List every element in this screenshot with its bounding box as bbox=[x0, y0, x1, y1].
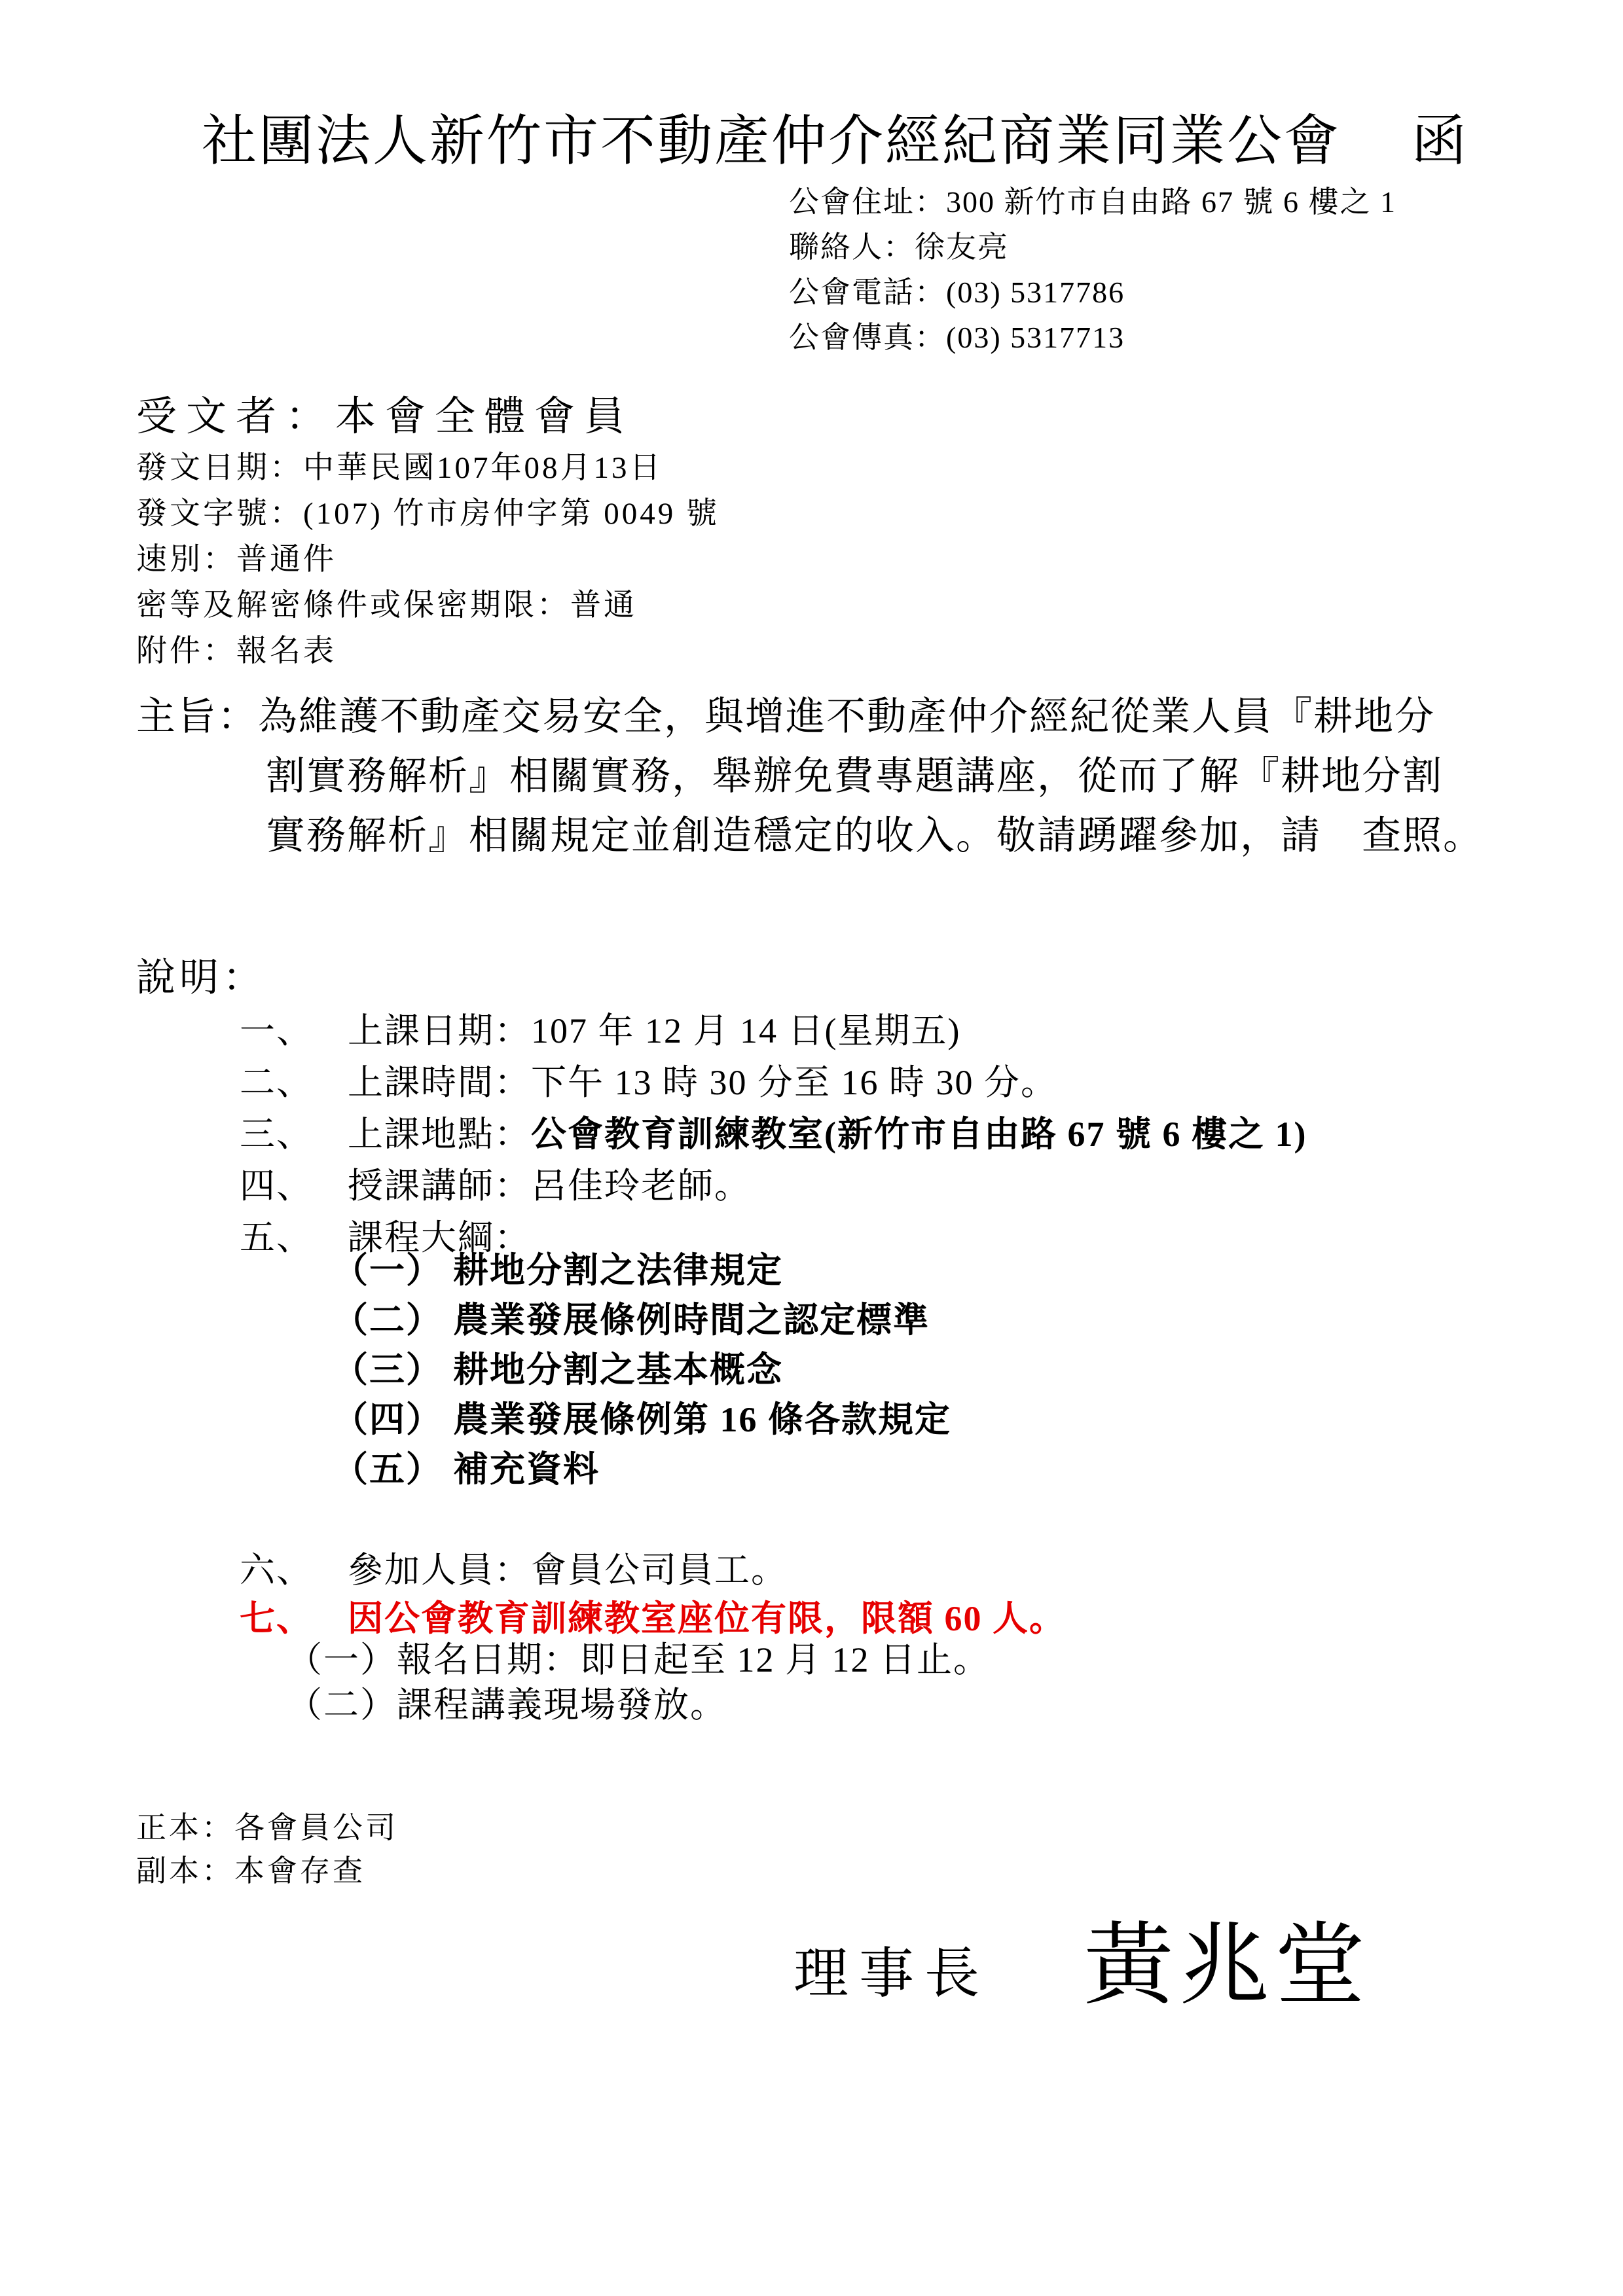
original-copy-line: 正本：各會員公司 bbox=[136, 1806, 398, 1850]
contact-address: 公會住址：300 新竹市自由路 67 號 6 樓之 1 bbox=[789, 179, 1396, 224]
chairman-name: 黃兆堂 bbox=[1084, 1893, 1370, 2022]
outline-label: （四） bbox=[333, 1400, 443, 1439]
recipient-line: 受文者：本會全體會員 bbox=[136, 384, 634, 442]
item-text-red: 因公會教育訓練教室座位有限，限額 60 人。 bbox=[348, 1599, 1066, 1638]
official-letter-page: 社團法人新竹市不動產仲介經紀商業同業公會函 公會住址：300 新竹市自由路 67… bbox=[0, 0, 1623, 2296]
subject-label: 主旨： bbox=[136, 695, 258, 738]
item-text: 上課日期：107 年 12 月 14 日(星期五) bbox=[348, 1011, 960, 1050]
item-text: 上課時間：下午 13 時 30 分至 16 時 30 分。 bbox=[348, 1063, 1057, 1102]
sub-item-2: （二）課程講義現場發放。 bbox=[287, 1683, 990, 1728]
list-item-1: 一、上課日期：107 年 12 月 14 日(星期五) bbox=[240, 1005, 1307, 1057]
outline-item-3: （三）耕地分割之基本概念 bbox=[333, 1345, 951, 1395]
outline-text: 耕地分割之基本概念 bbox=[453, 1350, 783, 1390]
document-type: 函 bbox=[1412, 111, 1468, 172]
item-number: 一、 bbox=[240, 1005, 348, 1057]
meta-block: 發文日期：中華民國107年08月13日 發文字號：(107) 竹市房仲字第 00… bbox=[136, 445, 720, 674]
list-item-4: 四、授課講師：呂佳玲老師。 bbox=[240, 1160, 1307, 1212]
distribution-block: 正本：各會員公司 副本：本會存查 bbox=[136, 1806, 398, 1893]
item-number: 五、 bbox=[240, 1212, 348, 1264]
duplicate-copy-line: 副本：本會存查 bbox=[136, 1850, 398, 1893]
outline-item-2: （二）農業發展條例時間之認定標準 bbox=[333, 1295, 951, 1345]
item-number: 三、 bbox=[240, 1109, 348, 1160]
explanation-list: 一、上課日期：107 年 12 月 14 日(星期五) 二、上課時間：下午 13… bbox=[240, 1005, 1307, 1264]
list-item-2: 二、上課時間：下午 13 時 30 分至 16 時 30 分。 bbox=[240, 1057, 1307, 1109]
item-text-bold: 公會教育訓練教室(新竹市自由路 67 號 6 樓之 1) bbox=[531, 1115, 1307, 1154]
subject-line-2: 割實務解析』相關實務，舉辦免費專題講座，從而了解『耕地分割 bbox=[136, 747, 1484, 806]
subject-line-1: 主旨：為維護不動產交易安全，與增進不動產仲介經紀從業人員『耕地分 bbox=[136, 687, 1484, 747]
outline-item-4: （四）農業發展條例第 16 條各款規定 bbox=[333, 1395, 951, 1444]
outline-item-5: （五）補充資料 bbox=[333, 1444, 951, 1494]
outline-label: （二） bbox=[333, 1300, 443, 1340]
contact-person: 聯絡人：徐友亮 bbox=[789, 224, 1396, 270]
contact-block: 公會住址：300 新竹市自由路 67 號 6 樓之 1 聯絡人：徐友亮 公會電話… bbox=[789, 179, 1396, 360]
outline-label: （三） bbox=[333, 1350, 443, 1390]
sub-item-1: （一）報名日期：即日起至 12 月 12 日止。 bbox=[287, 1638, 990, 1683]
outline-text: 補充資料 bbox=[453, 1450, 600, 1489]
item-text: 授課講師：呂佳玲老師。 bbox=[348, 1166, 751, 1206]
explanation-heading: 說明： bbox=[136, 946, 266, 1003]
outline-text: 耕地分割之法律規定 bbox=[453, 1251, 783, 1290]
item-number: 七、 bbox=[240, 1590, 348, 1641]
list-item-7-highlight: 七、因公會教育訓練教室座位有限，限額 60 人。 bbox=[240, 1590, 1066, 1641]
association-name: 社團法人新竹市不動產仲介經紀商業同業公會 bbox=[202, 111, 1341, 172]
list-item-6: 六、參加人員：會員公司員工。 bbox=[240, 1542, 788, 1592]
speed-class: 速別：普通件 bbox=[136, 537, 720, 583]
security-class: 密等及解密條件或保密期限：普通 bbox=[136, 583, 720, 628]
outline-item-1: （一）耕地分割之法律規定 bbox=[333, 1246, 951, 1295]
item-text-prefix: 上課地點： bbox=[348, 1115, 531, 1154]
reference-number: 發文字號：(107) 竹市房仲字第 0049 號 bbox=[136, 491, 720, 537]
list-item-3: 三、上課地點：公會教育訓練教室(新竹市自由路 67 號 6 樓之 1) bbox=[240, 1109, 1307, 1160]
outline-text: 農業發展條例時間之認定標準 bbox=[453, 1300, 930, 1340]
subject-block: 主旨：為維護不動產交易安全，與增進不動產仲介經紀從業人員『耕地分 割實務解析』相… bbox=[136, 687, 1484, 866]
course-outline-list: （一）耕地分割之法律規定 （二）農業發展條例時間之認定標準 （三）耕地分割之基本… bbox=[333, 1246, 951, 1494]
item-number: 六、 bbox=[240, 1542, 348, 1592]
outline-text: 農業發展條例第 16 條各款規定 bbox=[453, 1400, 951, 1439]
outline-label: （五） bbox=[333, 1450, 443, 1489]
subject-line-3: 實務解析』相關規定並創造穩定的收入。敬請踴躍參加，請 查照。 bbox=[136, 806, 1484, 866]
issue-date: 發文日期：中華民國107年08月13日 bbox=[136, 445, 720, 491]
item-number: 四、 bbox=[240, 1160, 348, 1212]
item-number: 二、 bbox=[240, 1057, 348, 1109]
outline-label: （一） bbox=[333, 1251, 443, 1290]
item-text: 參加人員：會員公司員工。 bbox=[348, 1551, 788, 1590]
letter-title: 社團法人新竹市不動產仲介經紀商業同業公會函 bbox=[202, 97, 1468, 176]
chairman-title: 理事長 bbox=[793, 1929, 990, 2009]
contact-phone: 公會電話：(03) 5317786 bbox=[789, 270, 1396, 315]
attachment: 附件：報名表 bbox=[136, 628, 720, 674]
item-7-sublist: （一）報名日期：即日起至 12 月 12 日止。 （二）課程講義現場發放。 bbox=[287, 1638, 990, 1728]
contact-fax: 公會傳真：(03) 5317713 bbox=[789, 315, 1396, 360]
subject-text-1: 為維護不動產交易安全，與增進不動產仲介經紀從業人員『耕地分 bbox=[258, 695, 1435, 738]
